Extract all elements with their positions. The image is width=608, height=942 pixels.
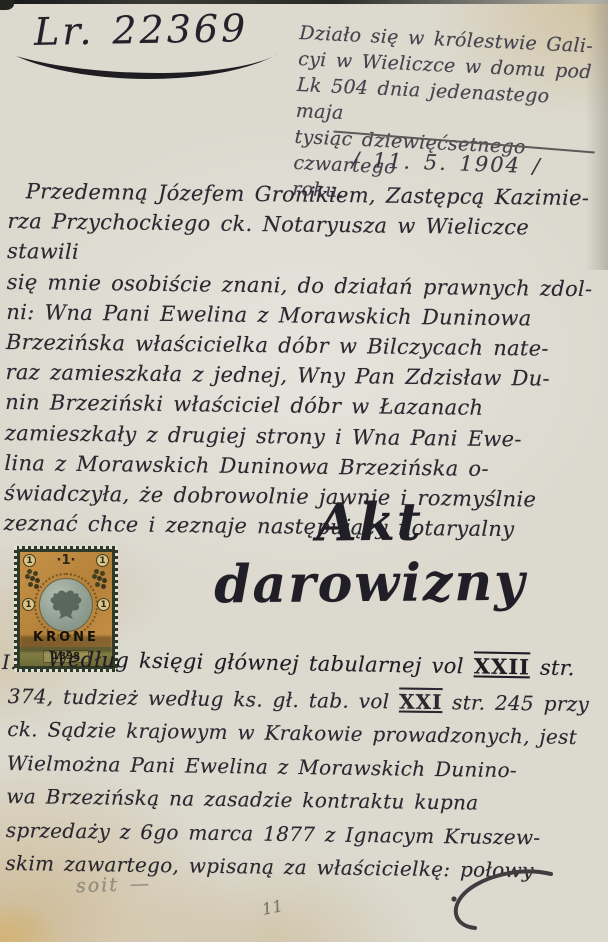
text-segment: Według księgi głównej tabularnej vol <box>48 647 474 678</box>
stamp-medallion <box>39 578 93 632</box>
stamp-corner-value: 1 <box>23 554 36 567</box>
pencil-annotation: soit — <box>76 873 152 898</box>
faint-pencil-mark: 11 <box>260 896 284 919</box>
underline-flourish-icon <box>12 42 292 82</box>
stamp-header: 1 ·1· 1 <box>20 552 112 569</box>
stamp-side-value: 1 <box>97 598 110 611</box>
text-segment: str. 245 przy <box>442 690 589 716</box>
section-marker: I. <box>2 650 17 674</box>
text-line-over-stamp: Według księgi głównej tabularnej vol XXI… <box>48 646 575 680</box>
text-segment: 374, tudzież według ks. gł. tab. vol <box>8 684 400 713</box>
stamp-denomination: ·1· <box>57 553 76 568</box>
ornament-foliage-icon <box>94 569 99 574</box>
stamp-corner-value: 1 <box>96 554 109 567</box>
volume-numeral: XXI <box>399 689 443 714</box>
document-page: Lr. 22369 Działo się w królestwie Gali- … <box>0 0 608 942</box>
scan-corner-blot <box>0 0 14 10</box>
text-segment: str. <box>530 655 575 680</box>
scan-top-edge <box>0 0 608 4</box>
ornament-foliage-icon <box>27 569 32 574</box>
stamp-side-value: 1 <box>22 598 35 611</box>
text-line: rza Przychockiego ck. Notaryusza w Wieli… <box>7 206 602 274</box>
deed-title: Akt darowizny <box>149 490 590 616</box>
register-paragraph: 374, tudzież według ks. gł. tab. vol XXI… <box>5 680 604 889</box>
volume-numeral: XXII <box>474 653 531 679</box>
double-eagle-icon <box>46 585 86 625</box>
closing-flourish-icon <box>425 866 555 940</box>
